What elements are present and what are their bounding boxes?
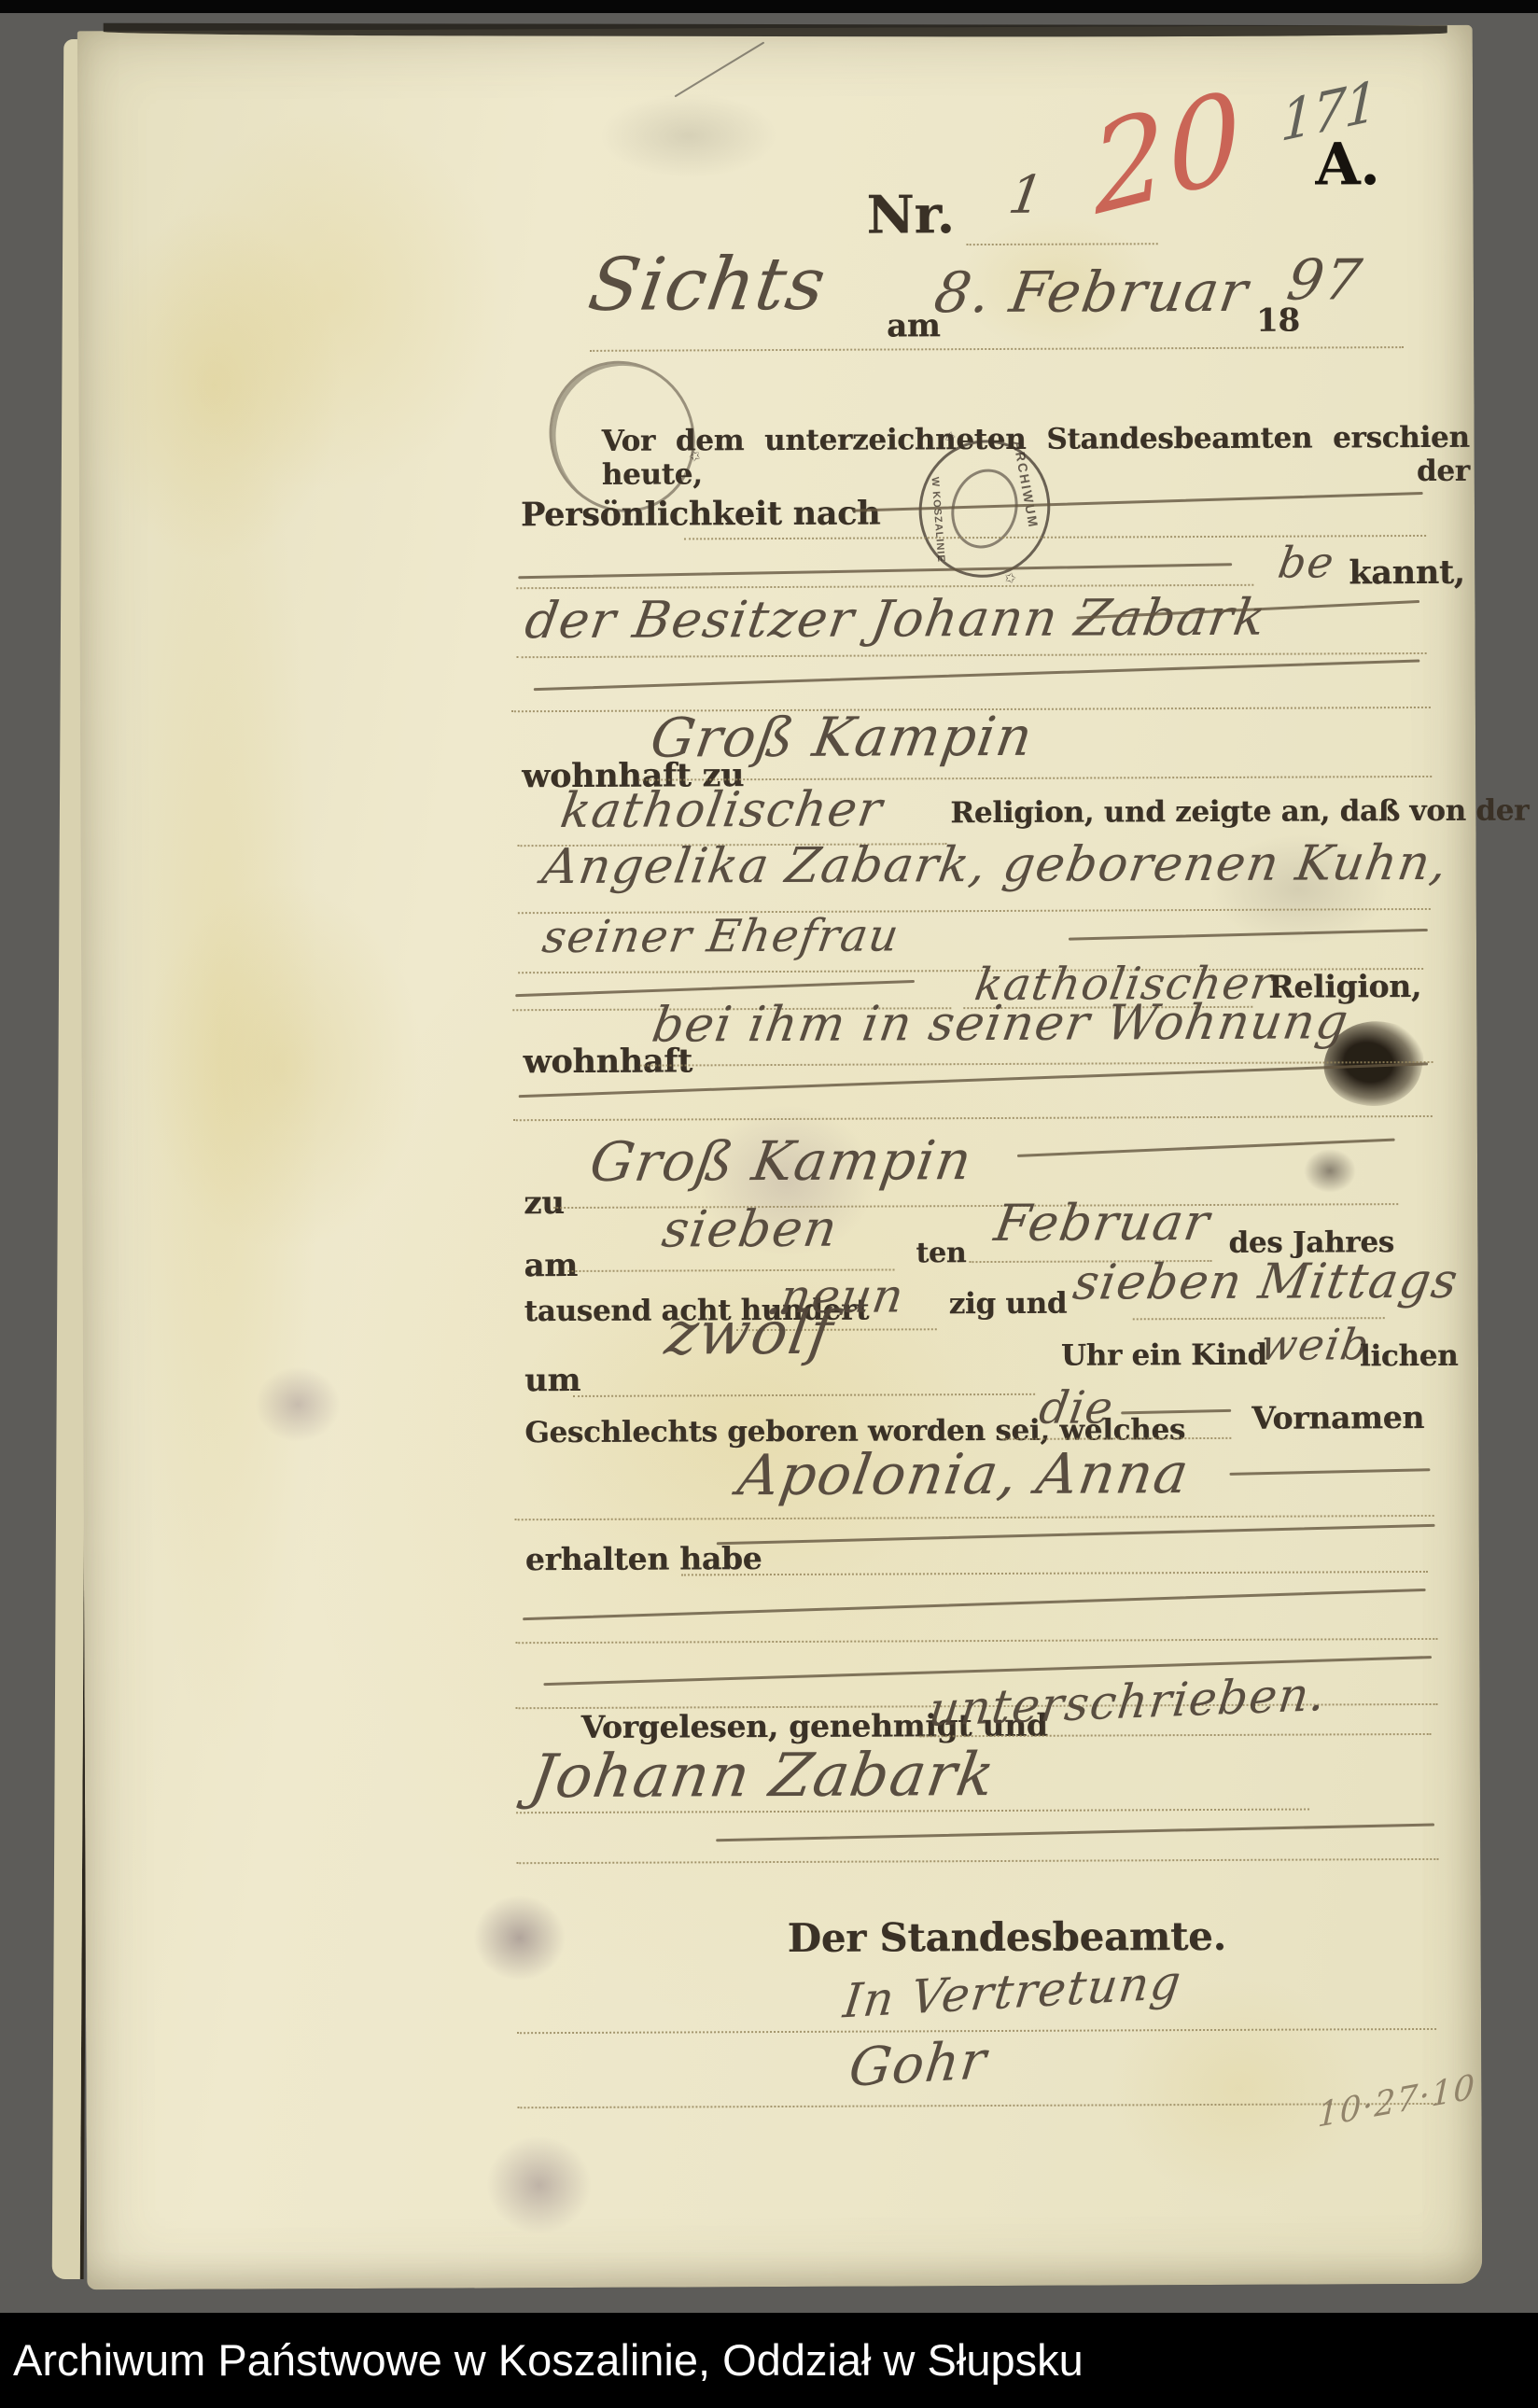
relation-entry: seiner Ehefrau <box>539 909 903 963</box>
bekannt-print: kannt, <box>1349 553 1465 593</box>
top-black-edge <box>0 0 1538 13</box>
erhalten-label: erhalten habe <box>525 1540 762 1577</box>
ink-dash <box>534 659 1420 691</box>
declarant-entry: der Besitzer Johann Zabark <box>522 588 1271 651</box>
stain <box>464 2115 614 2256</box>
dotted-line <box>967 243 1158 245</box>
stain <box>563 75 816 197</box>
am2-label: am <box>524 1247 578 1284</box>
birth-month-entry: Februar <box>990 1193 1214 1253</box>
stain <box>80 804 483 1328</box>
unterschrieben-entry: unterschrieben. <box>926 1667 1329 1737</box>
residence2-entry: bei ihm in seiner Wohnung <box>649 994 1353 1053</box>
hour-entry: zwölf <box>661 1299 838 1369</box>
date-entry: 8. Februar <box>930 259 1253 327</box>
registrar-signature: Gohr <box>846 2030 990 2099</box>
birth-place-entry: Groß Kampin <box>586 1128 977 1194</box>
archive-caption-bar: Archiwum Państwowe w Koszalinie, Oddział… <box>0 2313 1538 2408</box>
mother-entry: Angelika Zabark, geborenen Kuhn, <box>538 835 1452 895</box>
dotted-line <box>590 346 1404 352</box>
vornamen-label: Vornamen <box>1251 1399 1424 1436</box>
ink-dash <box>716 1824 1434 1842</box>
nr-value: 1 <box>1004 165 1048 226</box>
child-names-entry: Apolonia, Anna <box>734 1441 1194 1508</box>
nr-label: Nr. <box>866 184 954 245</box>
dotted-line <box>515 1638 1437 1644</box>
red-crayon-number: 20 <box>1087 64 1248 244</box>
zu-label: zu <box>524 1184 565 1222</box>
religion1-entry: katholischer <box>557 781 888 839</box>
ink-dash <box>717 1524 1435 1545</box>
pencil-scratch <box>675 42 765 98</box>
stain <box>31 133 397 638</box>
article-entry: die <box>1036 1381 1118 1434</box>
birth-day-entry: sieben <box>658 1199 842 1259</box>
pencil-note: 10·27·10 <box>1317 2067 1476 2135</box>
torn-page-edge <box>104 23 1447 38</box>
vertretung-entry: In Vertretung <box>841 1954 1185 2028</box>
ink-dash <box>1229 1468 1430 1476</box>
form-letter-a: A. <box>1315 130 1379 198</box>
place-entry: Sichts <box>583 243 832 328</box>
standesbeamte-label: Der Standesbeamte. <box>788 1913 1226 1961</box>
dotted-line <box>681 1571 1428 1575</box>
intro-line: Vor dem unterzeichneten Standesbeamten e… <box>602 421 1470 492</box>
lichen-label: lichen <box>1360 1339 1459 1373</box>
dotted-line <box>515 1515 1434 1520</box>
um-label: um <box>524 1362 580 1399</box>
dotted-line <box>517 652 1427 658</box>
zig-und-label: zig und <box>949 1287 1068 1322</box>
dotted-line <box>516 1858 1438 1864</box>
uhr-kind-label: Uhr ein Kind <box>1061 1338 1267 1373</box>
ink-dash <box>518 563 1232 579</box>
ink-dash <box>523 1589 1426 1620</box>
document-page: 20 171 A. Nr. 1 Sichts am 8. Februar 18 … <box>77 25 1483 2290</box>
ink-dash <box>515 980 915 997</box>
sex-entry: weib <box>1257 1319 1374 1370</box>
persoenlichkeit-label: Persönlichkeit nach <box>521 495 880 535</box>
archive-caption-text: Archiwum Państwowe w Koszalinie, Oddział… <box>13 2313 1084 2408</box>
bekannt-hand: be <box>1275 537 1338 587</box>
dotted-line <box>513 1115 1433 1121</box>
stain <box>237 1351 359 1459</box>
ten-label: ten <box>916 1237 966 1269</box>
stain <box>454 1877 585 1999</box>
residence-entry: Groß Kampin <box>647 705 1038 770</box>
ink-dash <box>1017 1139 1395 1157</box>
dotted-line <box>573 1393 1035 1397</box>
declarant-signature: Johann Zabark <box>525 1741 1000 1812</box>
photo-backdrop: 20 171 A. Nr. 1 Sichts am 8. Februar 18 … <box>0 0 1538 2408</box>
year-entry: 97 <box>1283 247 1367 313</box>
dotted-line <box>638 776 1432 781</box>
dotted-line <box>517 2103 1436 2108</box>
religion1-label: Religion, und zeigte an, daß von der <box>950 793 1529 830</box>
ink-dash <box>1069 929 1428 941</box>
ink-smudge <box>1295 1141 1364 1199</box>
year-word-entry: sieben Mittags <box>1070 1253 1462 1311</box>
